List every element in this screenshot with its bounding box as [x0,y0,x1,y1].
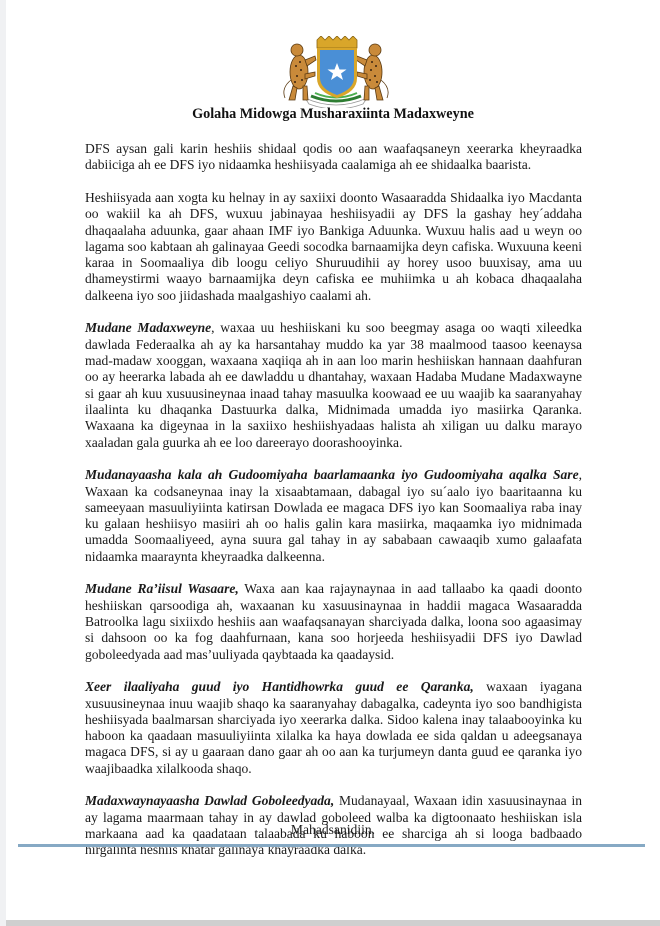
paragraph-prime-minister-lead: Mudane Ra’iisul Wasaare, [85,581,239,596]
document-page: Golaha Midowga Musharaxiinta Madaxweyne … [6,0,660,920]
page-bottom-edge [6,920,660,926]
paragraph-state-presidents-lead: Madaxwaynayaasha Dawlad Goboleedyada, [85,793,334,808]
somalia-coat-of-arms-icon [277,36,395,108]
paragraph-1: DFS aysan gali karin heshiis shidaal qod… [85,141,582,174]
paragraph-president: Mudane Madaxweyne, waxaa uu heshiiskani … [85,320,582,450]
paragraph-1-text: DFS aysan gali karin heshiis shidaal qod… [85,141,582,172]
paragraph-parliament-speakers-lead: Mudanayaasha kala ah Gudoomiyaha baarlam… [85,467,579,482]
paragraph-president-lead: Mudane Madaxweyne [85,320,211,335]
paragraph-2: Heshiisyada aan xogta ku helnay in ay sa… [85,190,582,304]
letter-body: DFS aysan gali karin heshiis shidaal qod… [85,141,582,875]
paragraph-president-text: , waxaa uu heshiiskani ku soo beegmay as… [85,320,582,449]
paragraph-attorney-general-lead: Xeer ilaaliyaha guud iyo Hantidhowrka gu… [85,679,474,694]
organization-title: Golaha Midowga Musharaxiinta Madaxweyne [6,106,660,123]
paragraph-2-text: Heshiisyada aan xogta ku helnay in ay sa… [85,190,582,303]
paragraph-attorney-general: Xeer ilaaliyaha guud iyo Hantidhowrka gu… [85,679,582,777]
footer-divider [18,844,645,847]
paragraph-prime-minister: Mudane Ra’iisul Wasaare, Waxa aan kaa ra… [85,581,582,662]
paragraph-parliament-speakers: Mudanayaasha kala ah Gudoomiyaha baarlam… [85,467,582,565]
closing-signoff: Mahadsanidiin. [6,822,660,838]
